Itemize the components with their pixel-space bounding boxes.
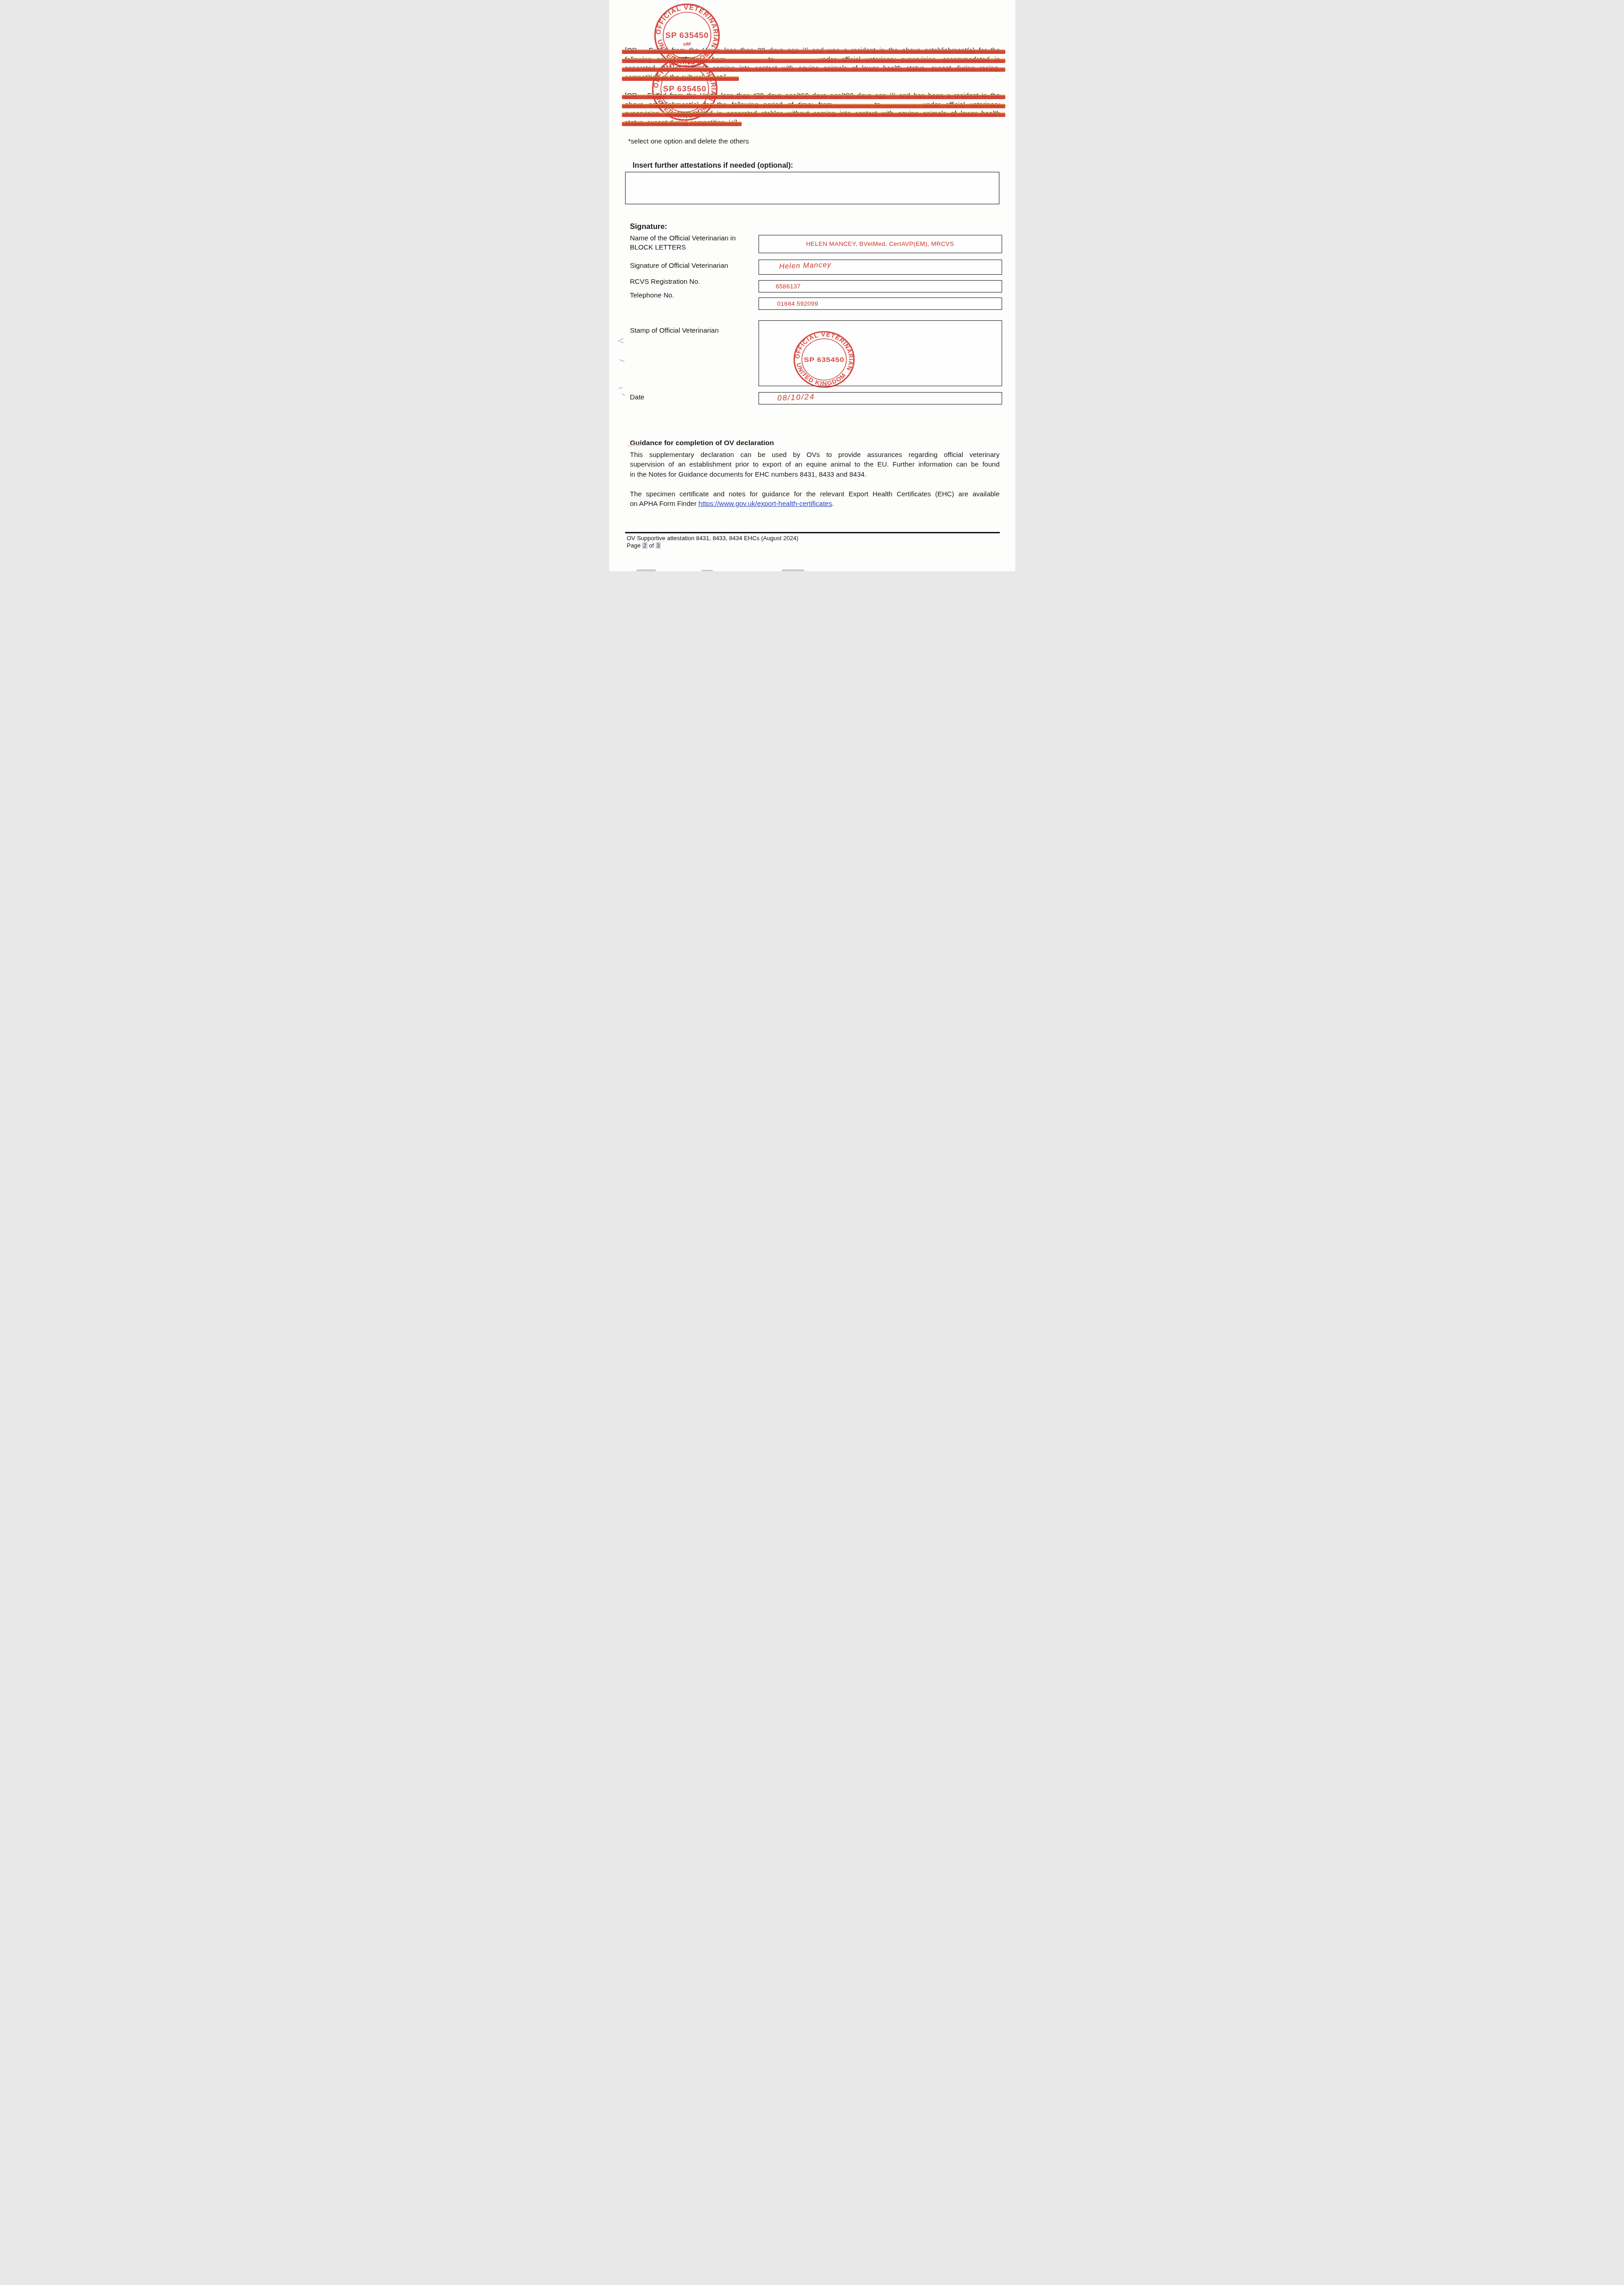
telephone-label: Telephone No. (630, 291, 674, 300)
svg-text:SP 635450: SP 635450 (665, 31, 709, 40)
guidance-line: The specimen certificate and notes for g… (630, 489, 1000, 499)
footer-page-number: 2 (642, 542, 647, 549)
link-prefix-text: on APHA Form Finder (630, 500, 699, 508)
struck-line: above establishment(s) for the following… (625, 101, 1000, 110)
svg-text:SP 635450: SP 635450 (804, 356, 844, 363)
rcvs-value: 6586137 (759, 281, 1002, 292)
pencil-mark (619, 359, 625, 362)
date-handwriting: 08/10/24 (777, 393, 815, 403)
footer-page-indicator: Page 2 of 3 (627, 542, 661, 549)
date-label: Date (630, 393, 645, 402)
name-label: Name of the Official Veterinarian in BLO… (630, 234, 754, 252)
name-value: HELEN MANCEY, BVetMed, CertAVP(EM), MRCV… (759, 235, 1002, 253)
signature-handwriting: Helen Mancey (779, 261, 831, 271)
scanned-document-page: OFFICIAL VETERINARIANUNITED KINGDOMSP 63… (609, 0, 1015, 571)
pencil-mark (620, 341, 623, 343)
struck-line: [OR Exited from the Union less than 30 d… (625, 46, 1000, 55)
telephone-field: 01684 592099 (759, 298, 1002, 310)
guidance-line: supervision of an establishment prior to… (630, 460, 1000, 469)
struck-line: [OR Exited from the Union less than *30 … (625, 91, 1000, 101)
struck-line: supervision, accommodated in separated s… (625, 109, 1000, 118)
guidance-line: on APHA Form Finder https://www.gov.uk/e… (630, 499, 1000, 509)
guidance-line: This supplementary declaration can be us… (630, 450, 1000, 460)
pencil-mark (618, 387, 622, 389)
struck-line: competition or the cultural event;] (625, 73, 1000, 82)
attestations-box (625, 172, 999, 204)
scan-edge-smudge (782, 569, 804, 571)
struck-line: following period of time; from .........… (625, 55, 1000, 64)
page-label: of (647, 542, 656, 549)
guidance-paragraph-2: The specimen certificate and notes for g… (630, 489, 1000, 509)
struck-option-1: [OR Exited from the Union less than 30 d… (625, 46, 1000, 82)
footer-rule (625, 532, 1000, 533)
link-suffix-text: . (832, 500, 834, 508)
footer-title: OV Supportive attestation 8431, 8433, 84… (627, 535, 799, 542)
official-veterinarian-stamp: OFFICIAL VETERINARIANUNITED KINGDOMSP 63… (792, 330, 856, 389)
date-field: 08/10/24 (759, 392, 1002, 404)
name-field: HELEN MANCEY, BVetMed, CertAVP(EM), MRCV… (759, 235, 1002, 253)
telephone-value: 01684 592099 (759, 298, 1002, 309)
attestations-heading: Insert further attestations if needed (o… (633, 162, 793, 170)
signature-label: Signature of Official Veterinarian (630, 261, 728, 271)
select-option-note: *select one option and delete the others (628, 138, 749, 145)
pencil-mark (621, 393, 625, 396)
struck-line: separated stables without coming into co… (625, 64, 1000, 73)
signature-field: Helen Mancey (759, 260, 1002, 275)
page-label: Page (627, 542, 642, 549)
scan-edge-smudge (701, 570, 713, 571)
guidance-line: in the Notes for Guidance documents for … (630, 470, 1000, 479)
svg-text:UNITED KINGDOM: UNITED KINGDOM (792, 361, 848, 389)
struck-line: status, except during competition. ⁽⁴⁾] (625, 118, 1000, 128)
export-health-certificates-link[interactable]: https://www.gov.uk/export-health-certifi… (699, 500, 832, 508)
scan-edge-smudge (637, 569, 656, 571)
rcvs-label: RCVS Registration No. (630, 277, 700, 287)
rcvs-field: 6586137 (759, 280, 1002, 292)
footer-page-total: 3 (656, 542, 661, 549)
signature-heading: Signature: (630, 223, 668, 231)
guidance-paragraph-1: This supplementary declaration can be us… (630, 450, 1000, 479)
guidance-heading: Guidance for completion of OV declaratio… (630, 439, 774, 447)
struck-option-2: [OR Exited from the Union less than *30 … (625, 91, 1000, 127)
stamp-label: Stamp of Official Veterinarian (630, 326, 719, 335)
